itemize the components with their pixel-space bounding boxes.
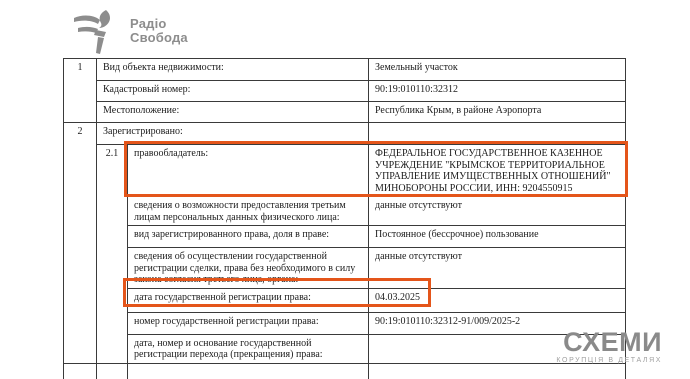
row-label: правообладатель: bbox=[128, 145, 369, 197]
row-label bbox=[128, 363, 369, 379]
row-value bbox=[369, 363, 626, 379]
row-value: Земельный участок bbox=[369, 59, 626, 81]
row-label: Вид объекта недвижимости: bbox=[97, 59, 369, 81]
row-label: сведения об осуществлении государственно… bbox=[128, 248, 369, 289]
radio-svoboda-line2: Свобода bbox=[130, 30, 188, 45]
row-label: номер государственной регистрации права: bbox=[128, 312, 369, 334]
table-row-registration-date: дата государственной регистрации права: … bbox=[64, 288, 626, 312]
radio-svoboda-line1: Радіо bbox=[130, 16, 167, 31]
row-value: Республика Крым, в районе Аэропорта bbox=[369, 102, 626, 123]
row-value bbox=[369, 123, 626, 145]
table-row: 1 Вид объекта недвижимости: Земельный уч… bbox=[64, 59, 626, 81]
row-label: сведения о возможности предоставления тр… bbox=[128, 197, 369, 226]
row-label: вид зарегистрированного права, доля в пр… bbox=[128, 226, 369, 248]
row-number: 1 bbox=[64, 59, 97, 123]
row-label: дата, номер и основание государственной … bbox=[128, 334, 369, 363]
table-row-cutoff bbox=[64, 363, 626, 379]
row-number bbox=[64, 363, 97, 379]
row-subnumber bbox=[97, 363, 128, 379]
row-label: Кадастровый номер: bbox=[97, 81, 369, 102]
schemes-tagline: КОРУПЦІЯ В ДЕТАЛЯХ bbox=[556, 357, 662, 364]
row-value: Постоянное (бессрочное) пользование bbox=[369, 226, 626, 248]
table-row-rightsholder: 2.1 правообладатель: ФЕДЕРАЛЬНОЕ ГОСУДАР… bbox=[64, 145, 626, 197]
table-row: Кадастровый номер: 90:19:010110:32312 bbox=[64, 81, 626, 102]
row-value: данные отсутствуют bbox=[369, 197, 626, 226]
table-row: Местоположение: Республика Крым, в район… bbox=[64, 102, 626, 123]
row-label: дата государственной регистрации права: bbox=[128, 288, 369, 312]
table-row: дата, номер и основание государственной … bbox=[64, 334, 626, 363]
table-row: вид зарегистрированного права, доля в пр… bbox=[64, 226, 626, 248]
row-value: данные отсутствуют bbox=[369, 248, 626, 289]
radio-svoboda-wordmark: Радіо Свобода bbox=[130, 17, 188, 45]
torch-icon bbox=[62, 8, 126, 54]
row-value: ФЕДЕРАЛЬНОЕ ГОСУДАРСТВЕННОЕ КАЗЕННОЕ УЧР… bbox=[369, 145, 626, 197]
row-value: 04.03.2025 bbox=[369, 288, 626, 312]
radio-svoboda-logo: Радіо Свобода bbox=[62, 8, 188, 54]
property-registry-table: 1 Вид объекта недвижимости: Земельный уч… bbox=[63, 58, 626, 379]
schemes-wordmark: СХЕМИ bbox=[556, 329, 662, 355]
table-row: сведения о возможности предоставления тр… bbox=[64, 197, 626, 226]
row-subnumber: 2.1 bbox=[97, 145, 128, 364]
table-row: сведения об осуществлении государственно… bbox=[64, 248, 626, 289]
row-label: Зарегистрировано: bbox=[97, 123, 369, 145]
table-row: номер государственной регистрации права:… bbox=[64, 312, 626, 334]
row-value: 90:19:010110:32312 bbox=[369, 81, 626, 102]
table-row: 2 Зарегистрировано: bbox=[64, 123, 626, 145]
row-number: 2 bbox=[64, 123, 97, 364]
row-label: Местоположение: bbox=[97, 102, 369, 123]
schemes-logo: СХЕМИ КОРУПЦІЯ В ДЕТАЛЯХ bbox=[556, 329, 662, 364]
